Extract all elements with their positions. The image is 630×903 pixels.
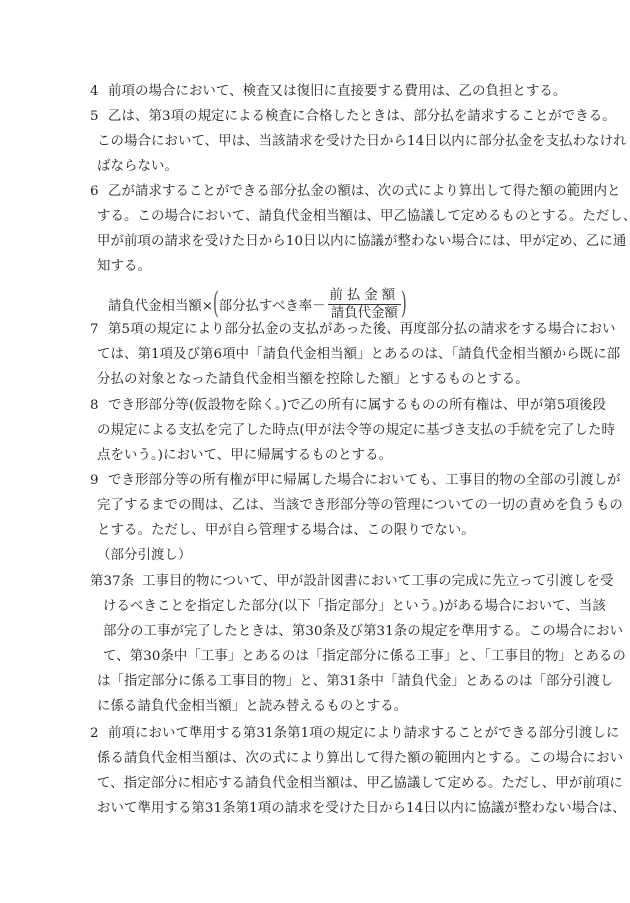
paragraph-number: 8 [90, 398, 108, 414]
paragraph-2-line-2: 係る請負代金相当額は、次の式により算出して得た額の範囲内とする。この場合におい [97, 751, 623, 767]
article-37-line-2: けるべきことを指定した部分(以下「指定部分」という。)がある場合において、当該 [103, 599, 606, 615]
paragraph-6-line-3: 甲が前項の請求を受けた日から10日以内に協議が整わない場合には、甲が定め、乙に通 [97, 234, 626, 250]
paragraph-number: 6 [90, 184, 108, 200]
section-heading: （部分引渡し） [97, 548, 191, 564]
paragraph-number: 7 [90, 322, 108, 338]
paragraph-5-line-1: 5乙は、第3項の規定による検査に合格したときは、部分払を請求することができる。 [90, 109, 616, 125]
paragraph-number: 2 [90, 726, 108, 742]
document-page: 4前項の場合において、検査又は復旧に直接要する費用は、乙の負担とする。 5乙は、… [0, 0, 630, 903]
paragraph-5-line-3: ばならない。 [97, 159, 178, 175]
paragraph-8-line-1: 8でき形部分等(仮設物を除く。)で乙の所有に属するものの所有権は、甲が第5項後段 [90, 398, 606, 414]
payment-formula: 請負代金相当額× ( 部分払すべき率－ 前払金額 請負代金額 ) [108, 287, 407, 321]
paragraph-2-line-3: て、指定部分に相応する請負代金相当額は、甲乙協議して定める。ただし、甲が前項に [97, 776, 623, 792]
paragraph-8-line-2: の規定による支払を完了した時点(甲が法令等の規定に基づき支払の手続を完了した時 [97, 423, 615, 439]
paragraph-2-line-1: 2前項において準用する第31条第1項の規定により請求することができる部分引渡しに [90, 726, 620, 742]
paragraph-7-line-2: ては、第1項及び第6項中「請負代金相当額」とあるのは、「請負代金相当額から既に部 [97, 347, 620, 363]
article-37-line-4: て、第30条中「工事」とあるのは「指定部分に係る工事」と、「工事目的物」とあるの [103, 649, 626, 665]
article-37-line-6: に係る請負代金相当額」と読み替えるものとする。 [97, 699, 407, 715]
left-parenthesis: ( [213, 289, 219, 319]
paragraph-2-line-4: おいて準用する第31条第1項の請求を受けた日から14日以内に協議が整わない場合は… [97, 801, 626, 817]
paragraph-7-line-1: 7第5項の規定により部分払金の支払があった後、再度部分払の請求をする場合におい [90, 322, 616, 338]
paragraph-number: 5 [90, 109, 108, 125]
paragraph-6-line-1: 6乙が請求することができる部分払金の額は、次の式により算出して得た額の範囲内と [90, 184, 621, 200]
paragraph-9-line-3: とする。ただし、甲が自ら管理する場合は、この限りでない。 [97, 523, 475, 539]
paragraph-8-line-3: 点をいう。)において、甲に帰属するものとする。 [97, 448, 392, 464]
paragraph-9-line-1: 9でき形部分等の所有権が甲に帰属した場合においても、工事目的物の全部の引渡しが [90, 473, 621, 489]
right-parenthesis: ) [401, 289, 407, 319]
formula-fraction: 前払金額 請負代金額 [328, 288, 402, 321]
paragraph-9-line-2: 完了するまでの間は、乙は、当該でき形部分等の管理についての一切の責めを負うもの [97, 498, 623, 514]
paragraph-4-line-1: 4前項の場合において、検査又は復旧に直接要する費用は、乙の負担とする。 [90, 84, 566, 100]
paragraph-6-line-2: する。この場合において、請負代金相当額は、甲乙協議して定めるものとする。ただし、 [97, 209, 630, 225]
article-37-line-1: 第37条工事目的物について、甲が設計図書において工事の完成に先立って引渡しを受 [90, 574, 614, 590]
paragraph-6-line-4: 知する。 [97, 259, 151, 275]
article-37-line-5: は「指定部分に係る工事目的物」と、第31条中「請負代金」とあるのは「部分引渡し [97, 674, 613, 690]
paragraph-number: 4 [90, 84, 108, 100]
paragraph-7-line-3: 分払の対象となった請負代金相当額を控除した額」とするものとする。 [97, 372, 529, 388]
fraction-denominator: 請負代金額 [329, 305, 400, 321]
paragraph-5-line-2: この場合において、甲は、当該請求を受けた日から14日以内に部分払金を支払わなけれ [97, 134, 627, 150]
article-label: 第37条 [90, 574, 142, 590]
article-37-line-3: 部分の工事が完了したときは、第30条及び第31条の規定を準用する。この場合におい [103, 624, 623, 640]
fraction-numerator: 前払金額 [328, 288, 402, 305]
formula-inner-term: 部分払すべき率－ [219, 295, 326, 314]
formula-left-term: 請負代金相当額× [108, 295, 213, 314]
paragraph-number: 9 [90, 473, 108, 489]
